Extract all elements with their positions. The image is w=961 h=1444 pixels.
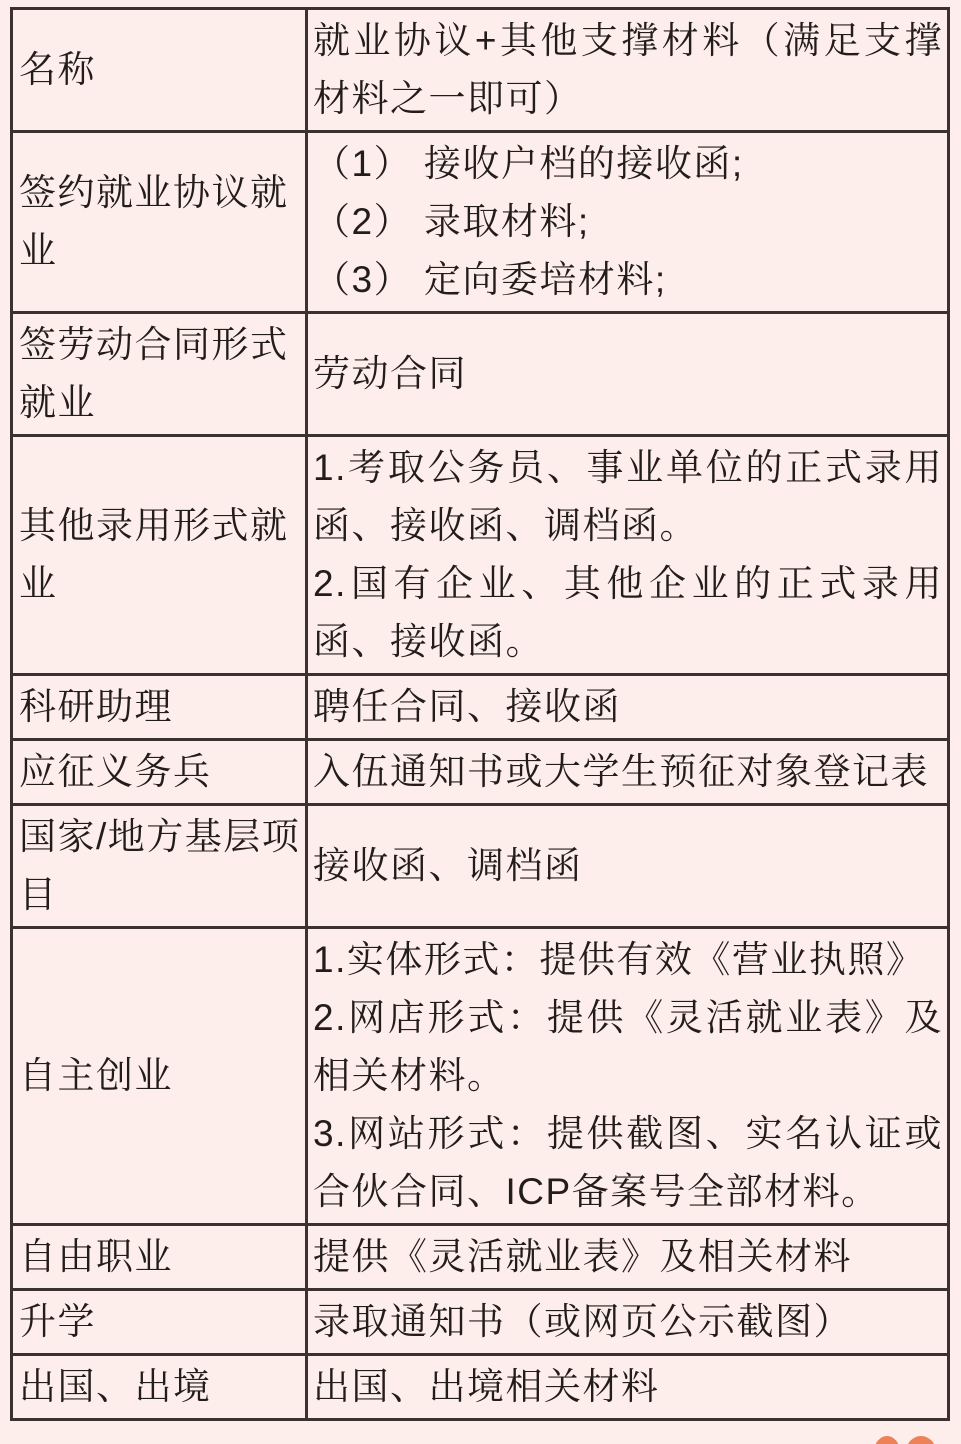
watermark-fragment-icon	[874, 1436, 900, 1444]
row-label: 其他录用形式就业	[12, 436, 307, 675]
row-label: 应征义务兵	[12, 740, 307, 805]
row-content: 劳动合同	[307, 313, 949, 436]
row-label: 科研助理	[12, 675, 307, 740]
table-row: 科研助理聘任合同、接收函	[12, 675, 949, 740]
cell-paragraph: （2） 录取材料;	[313, 193, 943, 251]
table-row: 名称就业协议+其他支撑材料（满足支撑材料之一即可）	[12, 9, 949, 132]
watermark-fragment-icon	[906, 1436, 936, 1444]
cell-paragraph: 2.国有企业、其他企业的正式录用函、接收函。	[313, 555, 943, 671]
table-row: 升学录取通知书（或网页公示截图）	[12, 1290, 949, 1355]
row-content: 入伍通知书或大学生预征对象登记表	[307, 740, 949, 805]
document-page: 名称就业协议+其他支撑材料（满足支撑材料之一即可）签约就业协议就业（1） 接收户…	[0, 0, 961, 1444]
row-content: 聘任合同、接收函	[307, 675, 949, 740]
row-content: 出国、出境相关材料	[307, 1355, 949, 1420]
cell-paragraph: （3） 定向委培材料;	[313, 251, 943, 309]
cell-paragraph: 聘任合同、接收函	[313, 678, 943, 736]
table-row: 签劳动合同形式就业劳动合同	[12, 313, 949, 436]
table-row: 国家/地方基层项目接收函、调档函	[12, 805, 949, 928]
cell-paragraph: 1.实体形式：提供有效《营业执照》	[313, 931, 943, 989]
row-label: 名称	[12, 9, 307, 132]
cell-paragraph: 提供《灵活就业表》及相关材料	[313, 1228, 943, 1286]
cell-paragraph: 入伍通知书或大学生预征对象登记表	[313, 743, 943, 801]
cell-paragraph: 2.网店形式：提供《灵活就业表》及相关材料。	[313, 989, 943, 1105]
cell-paragraph: 3.网站形式：提供截图、实名认证或合伙合同、ICP备案号全部材料。	[313, 1105, 943, 1221]
row-label: 自由职业	[12, 1225, 307, 1290]
row-content: 录取通知书（或网页公示截图）	[307, 1290, 949, 1355]
employment-materials-table: 名称就业协议+其他支撑材料（满足支撑材料之一即可）签约就业协议就业（1） 接收户…	[10, 7, 950, 1421]
cell-paragraph: 出国、出境相关材料	[313, 1358, 943, 1416]
row-content: （1） 接收户档的接收函;（2） 录取材料;（3） 定向委培材料;	[307, 132, 949, 313]
table-row: 其他录用形式就业1.考取公务员、事业单位的正式录用函、接收函、调档函。2.国有企…	[12, 436, 949, 675]
row-label: 出国、出境	[12, 1355, 307, 1420]
row-content: 接收函、调档函	[307, 805, 949, 928]
row-label: 签约就业协议就业	[12, 132, 307, 313]
row-content: 就业协议+其他支撑材料（满足支撑材料之一即可）	[307, 9, 949, 132]
row-content: 1.考取公务员、事业单位的正式录用函、接收函、调档函。2.国有企业、其他企业的正…	[307, 436, 949, 675]
table-row: 自主创业1.实体形式：提供有效《营业执照》2.网店形式：提供《灵活就业表》及相关…	[12, 928, 949, 1225]
cell-paragraph: 接收函、调档函	[313, 837, 943, 895]
cell-paragraph: 劳动合同	[313, 345, 943, 403]
row-content: 1.实体形式：提供有效《营业执照》2.网店形式：提供《灵活就业表》及相关材料。3…	[307, 928, 949, 1225]
table-row: 出国、出境出国、出境相关材料	[12, 1355, 949, 1420]
table-row: 签约就业协议就业（1） 接收户档的接收函;（2） 录取材料;（3） 定向委培材料…	[12, 132, 949, 313]
cell-paragraph: 录取通知书（或网页公示截图）	[313, 1293, 943, 1351]
cell-paragraph: （1） 接收户档的接收函;	[313, 135, 943, 193]
row-label: 签劳动合同形式就业	[12, 313, 307, 436]
row-content: 提供《灵活就业表》及相关材料	[307, 1225, 949, 1290]
employment-materials-table-body: 名称就业协议+其他支撑材料（满足支撑材料之一即可）签约就业协议就业（1） 接收户…	[12, 9, 949, 1420]
row-label: 升学	[12, 1290, 307, 1355]
row-label: 自主创业	[12, 928, 307, 1225]
table-row: 自由职业提供《灵活就业表》及相关材料	[12, 1225, 949, 1290]
cell-paragraph: 就业协议+其他支撑材料（满足支撑材料之一即可）	[313, 12, 943, 128]
row-label: 国家/地方基层项目	[12, 805, 307, 928]
cell-paragraph: 1.考取公务员、事业单位的正式录用函、接收函、调档函。	[313, 439, 943, 555]
table-row: 应征义务兵入伍通知书或大学生预征对象登记表	[12, 740, 949, 805]
